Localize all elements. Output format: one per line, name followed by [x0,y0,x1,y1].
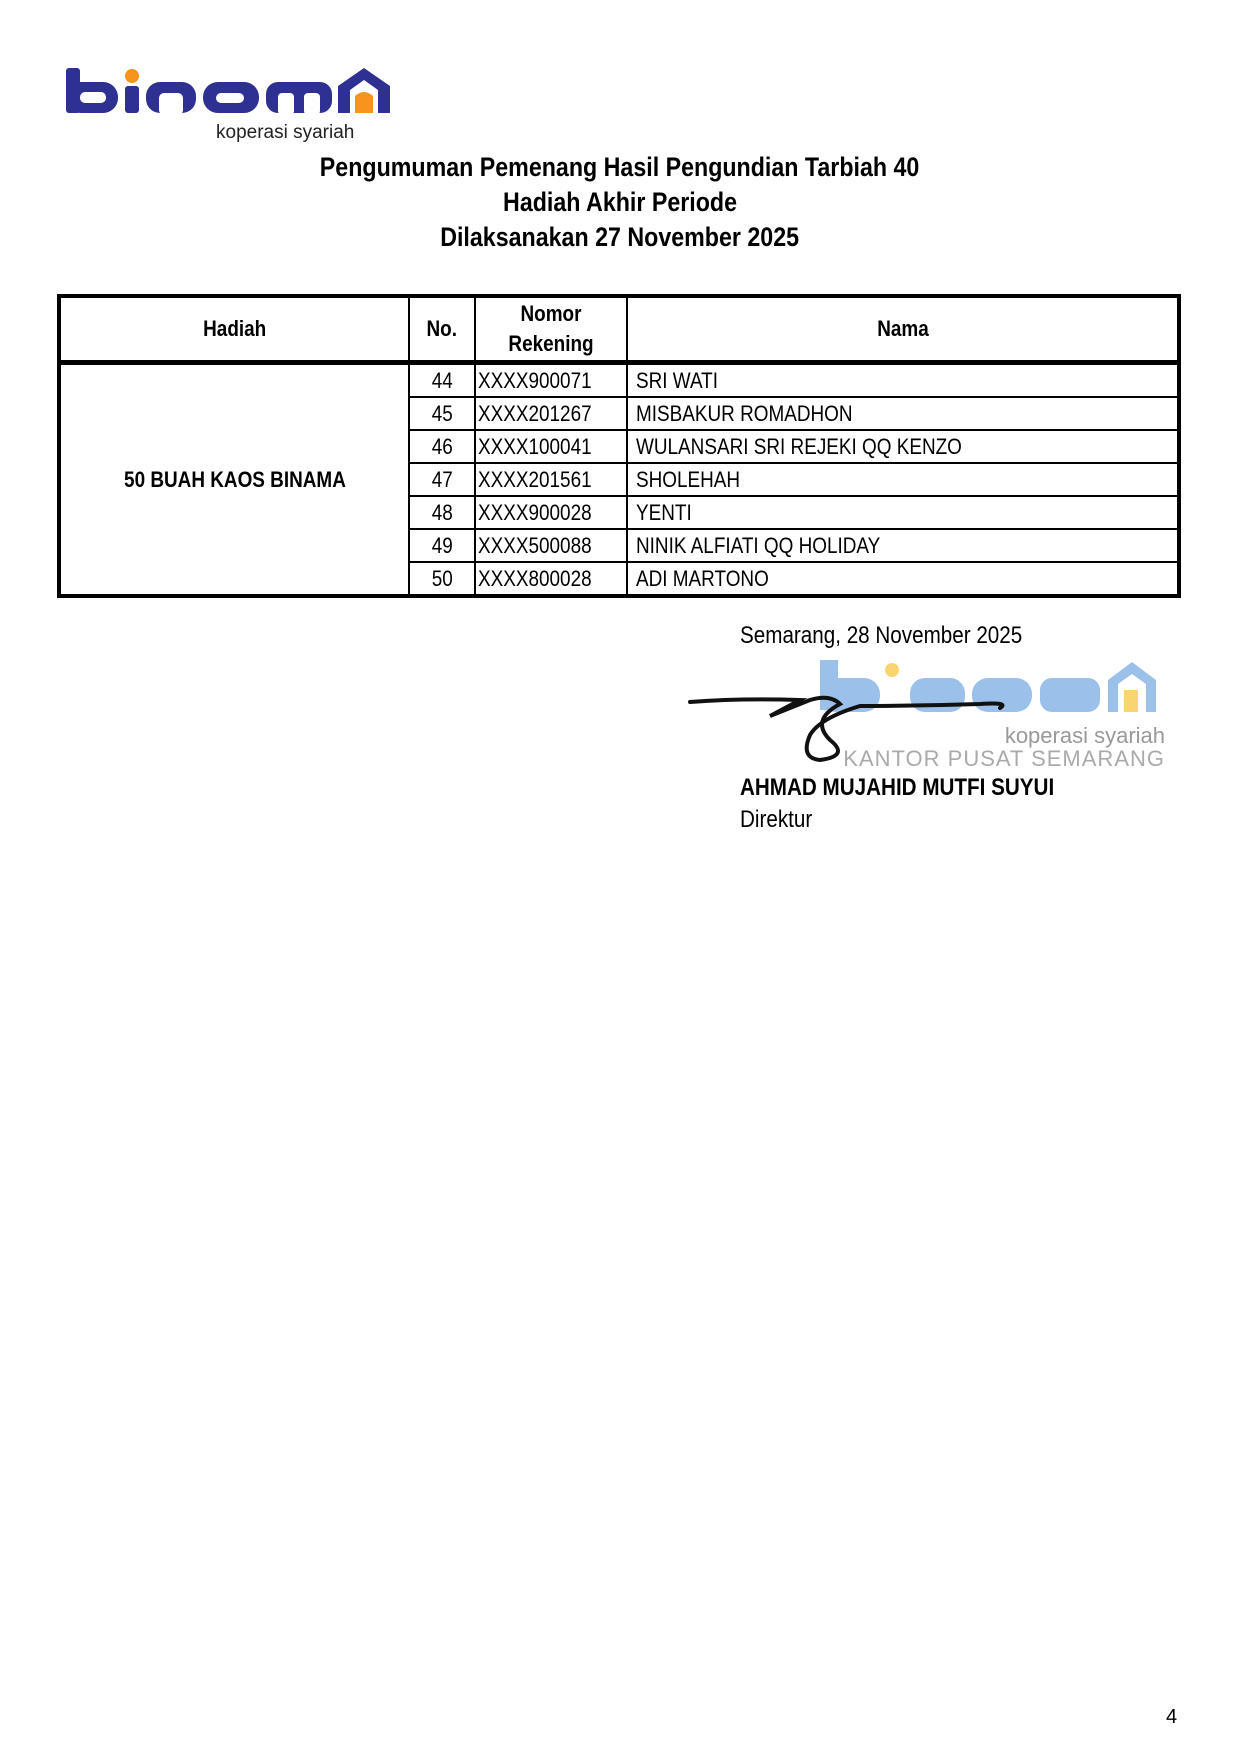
title-line-2: Hadiah Akhir Periode [503,185,737,220]
header-no: No. [409,296,475,363]
binama-logo-icon: koperasi syariah [66,68,396,143]
header-hadiah: Hadiah [59,296,409,363]
winner-name: SHOLEHAH [627,463,1179,496]
signer-title: Direktur [740,806,824,834]
company-stamp: koperasi syariah KANTOR PUSAT SEMARANG [660,660,1175,780]
page-number: 4 [1166,1706,1177,1729]
winner-name: ADI MARTONO [627,562,1179,596]
winner-name: WULANSARI SRI REJEKI QQ KENZO [627,430,1179,463]
row-number: 49 [409,529,475,562]
row-number: 46 [409,430,475,463]
account-number: XXXX900071 [475,363,627,398]
document-title: Pengumuman Pemenang Hasil Pengundian Tar… [0,150,1240,255]
row-number: 48 [409,496,475,529]
stamp-signature-icon: koperasi syariah KANTOR PUSAT SEMARANG [660,660,1175,780]
svg-text:koperasi syariah: koperasi syariah [1005,723,1165,748]
header-rekening: Nomor Rekening [475,296,627,363]
binama-logo: koperasi syariah [66,68,396,143]
account-number: XXXX800028 [475,562,627,596]
title-line-3: Dilaksanakan 27 November 2025 [441,220,800,255]
title-line-1: Pengumuman Pemenang Hasil Pengundian Tar… [320,150,920,185]
svg-text:koperasi syariah: koperasi syariah [216,122,354,143]
row-number: 45 [409,397,475,430]
svg-text:KANTOR PUSAT SEMARANG: KANTOR PUSAT SEMARANG [843,746,1165,771]
winner-name: SRI WATI [627,363,1179,398]
account-number: XXXX201267 [475,397,627,430]
account-number: XXXX100041 [475,430,627,463]
row-number: 47 [409,463,475,496]
row-number: 50 [409,562,475,596]
winner-name: NINIK ALFIATI QQ HOLIDAY [627,529,1179,562]
account-number: XXXX500088 [475,529,627,562]
hadiah-cell: 50 BUAH KAOS BINAMA [59,363,409,597]
signer-name: AHMAD MUJAHID MUTFI SUYUI [740,774,1105,802]
row-number: 44 [409,363,475,398]
place-date: Semarang, 28 November 2025 [740,622,1068,650]
header-nama: Nama [627,296,1179,363]
winner-name: YENTI [627,496,1179,529]
table-header-row: Hadiah No. Nomor Rekening Nama [59,296,1179,363]
winner-name: MISBAKUR ROMADHON [627,397,1179,430]
account-number: XXXX900028 [475,496,627,529]
winners-table: Hadiah No. Nomor Rekening Nama 50 BUAH K… [57,294,1181,598]
account-number: XXXX201561 [475,463,627,496]
table-row: 50 BUAH KAOS BINAMA44XXXX900071SRI WATI [59,363,1179,398]
